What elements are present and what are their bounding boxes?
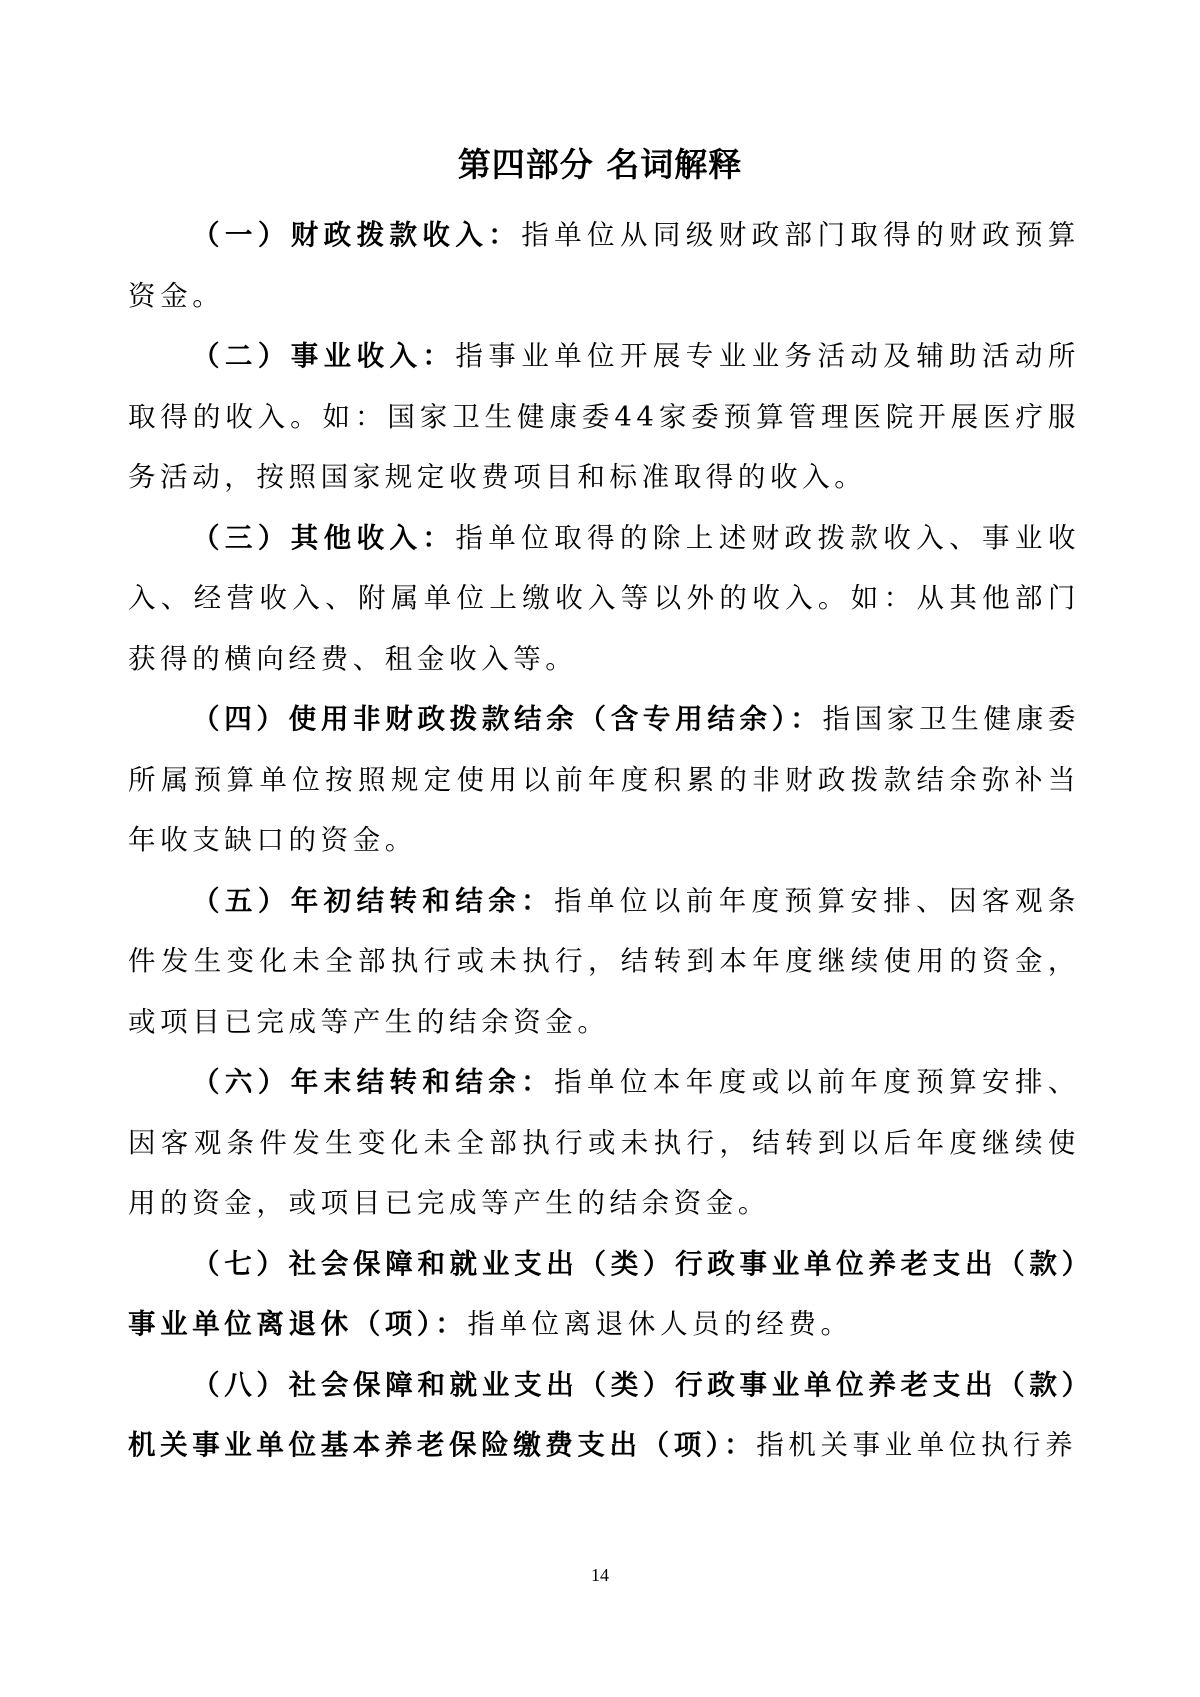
definition-non-fiscal-balance-use: （四）使用非财政拨款结余（含专用结余）：指国家卫生健康委所属预算单位按照规定使用… (128, 689, 1080, 871)
document-body: （一）财政拨款收入：指单位从同级财政部门取得的财政预算资金。 （二）事业收入：指… (128, 205, 1080, 1476)
definition-business-income: （二）事业收入：指事业单位开展专业业务活动及辅助活动所取得的收入。如：国家卫生健… (128, 326, 1080, 508)
definition-retirement-expenditure: （七）社会保障和就业支出（类）行政事业单位养老支出（款）事业单位离退休（项）：指… (128, 1234, 1080, 1355)
definition-pension-insurance-expenditure: （八）社会保障和就业支出（类）行政事业单位养老支出（款）机关事业单位基本养老保险… (128, 1355, 1080, 1476)
term-label: （五）年初结转和结余： (192, 885, 554, 917)
definition-opening-carryover: （五）年初结转和结余：指单位以前年度预算安排、因客观条件发生变化未全部执行或未执… (128, 871, 1080, 1053)
term-label: （四）使用非财政拨款结余（含专用结余）： (192, 703, 822, 735)
term-label: （二）事业收入： (192, 340, 455, 372)
term-label: （一）财政拨款收入： (192, 219, 521, 251)
term-label: （三）其他收入： (192, 522, 455, 554)
definition-closing-carryover: （六）年末结转和结余：指单位本年度或以前年度预算安排、因客观条件发生变化未全部执… (128, 1052, 1080, 1234)
definition-fiscal-appropriation-income: （一）财政拨款收入：指单位从同级财政部门取得的财政预算资金。 (128, 205, 1080, 326)
page-number: 14 (0, 1563, 1200, 1587)
definition-text: 指单位离退休人员的经费。 (467, 1308, 852, 1340)
term-label: （六）年末结转和结余： (192, 1066, 554, 1098)
definition-text: 指机关事业单位执行养 (756, 1429, 1077, 1461)
definition-other-income: （三）其他收入：指单位取得的除上述财政拨款收入、事业收入、经营收入、附属单位上缴… (128, 508, 1080, 690)
page-title: 第四部分 名词解释 (0, 143, 1200, 187)
document-page: 第四部分 名词解释 （一）财政拨款收入：指单位从同级财政部门取得的财政预算资金。… (0, 0, 1200, 1697)
